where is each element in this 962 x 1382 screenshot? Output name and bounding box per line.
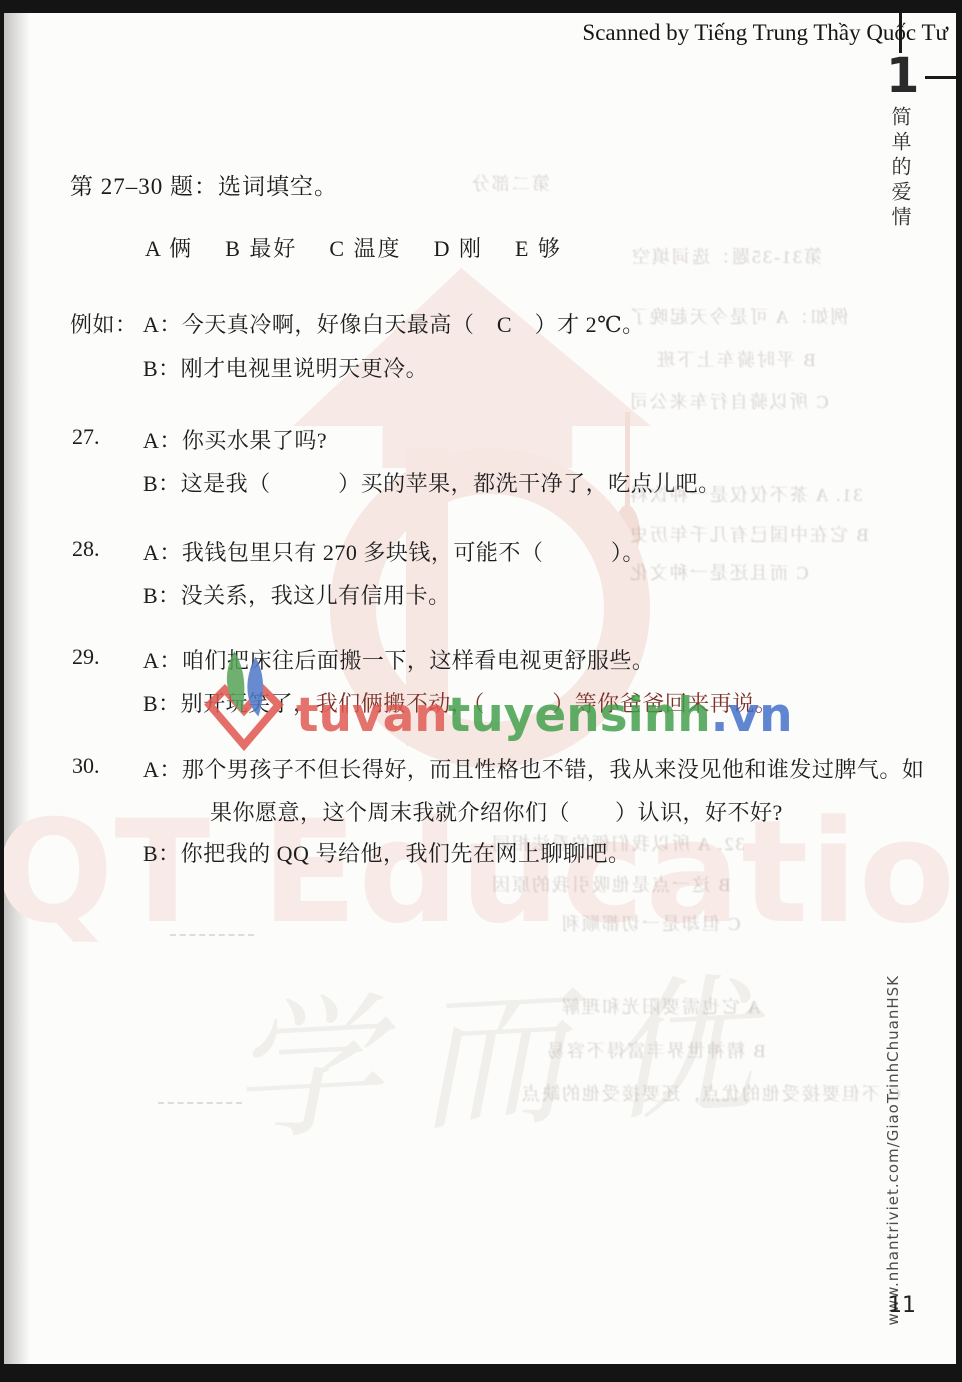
tuvantuyensinh-logo-icon <box>196 648 292 756</box>
question-28-number: 28. <box>72 536 100 562</box>
chapter-tick-line <box>899 13 902 53</box>
option-d: D 刚 <box>434 232 483 263</box>
question-27-line-a: A：你买水果了吗? <box>143 424 327 455</box>
bleedthrough-line: B 它在中国已有几千年历史 <box>628 521 869 547</box>
frame-top <box>0 0 962 13</box>
tvts-red-part: tuvan <box>296 688 448 743</box>
option-a: A 俩 <box>145 232 193 263</box>
bleedthrough-line: 例如：A 可是今天起晚了 <box>628 303 849 329</box>
scanned-page: QT Education 学而优 第二部分 第31-35题：选词填空 例如：A … <box>0 0 962 1382</box>
page-number: 11 <box>888 1293 916 1318</box>
faint-dash-marks <box>158 1102 242 1104</box>
bleedthrough-line: A 它也需要阳光和理解 <box>560 993 761 1019</box>
bleedthrough-line: 第31-35题：选词填空 <box>630 243 822 269</box>
bleedthrough-line: C 而且还是一种文化 <box>628 559 809 585</box>
bleedthrough-line: 第二部分 <box>470 170 550 196</box>
example-label: 例如： <box>70 308 138 339</box>
word-options-row: A 俩 B 最好 C 温度 D 刚 E 够 <box>145 232 562 263</box>
frame-right <box>956 0 962 1382</box>
option-c: C 温度 <box>329 232 401 263</box>
bleedthrough-line: C 不但要接受他的优点，还要接受他的缺点 <box>520 1080 901 1106</box>
question-28-line-b: B：没关系，我这儿有信用卡。 <box>143 579 451 610</box>
question-29-number: 29. <box>72 644 100 670</box>
bleedthrough-line: B 精神世界丰富得不容易 <box>545 1037 766 1063</box>
option-e: E 够 <box>515 232 562 263</box>
frame-left <box>0 0 4 1382</box>
scanned-by-credit: Scanned by Tiếng Trung Thầy Quốc Tư <box>582 20 948 46</box>
question-27-line-b: B：这是我（ ）买的苹果，都洗干净了，吃点儿吧。 <box>143 467 721 498</box>
bleedthrough-line: C 所以骑自行车来公司 <box>628 388 829 414</box>
example-line-a: A：今天真冷啊，好像白天最高（ C ）才 2℃。 <box>143 308 645 339</box>
scan-gutter-shadow <box>4 13 30 1364</box>
example-line-b: B：刚才电视里说明天更冷。 <box>143 352 428 383</box>
bleedthrough-line: B 平时骑车上下班 <box>655 346 816 372</box>
publisher-url-vertical: www.nhantriviet.com/GiaoTrinhChuanHSK <box>884 975 902 1325</box>
question-30-line-a1: A：那个男孩子不但长得好，而且性格也不错，我从来没见他和谁发过脾气。如 <box>143 753 924 784</box>
question-27-number: 27. <box>72 424 100 450</box>
exercise-title: 第 27–30 题：选词填空。 <box>70 168 338 201</box>
bleedthrough-line: B 这一点是他吸引我的原因 <box>490 871 731 897</box>
bleedthrough-line: C 但却是一切都顺利 <box>560 910 741 936</box>
option-b: B 最好 <box>225 232 297 263</box>
question-30-line-a2: 果你愿意，这个周末我就介绍你们（ ）认识，好不好? <box>210 796 783 827</box>
chapter-number: 1 <box>886 48 919 104</box>
frame-bottom <box>0 1364 962 1382</box>
question-30-number: 30. <box>72 753 100 779</box>
tvts-green-part: tuyensinh <box>448 688 711 743</box>
chapter-title-vertical: 简单的爱情 <box>885 106 914 231</box>
tuvantuyensinh-watermark-text: tuvantuyensinh.vn <box>296 688 793 743</box>
question-30-line-b: B：你把我的 QQ 号给他，我们先在网上聊聊吧。 <box>143 837 630 868</box>
question-28-line-a: A：我钱包里只有 270 多块钱，可能不（ ）。 <box>143 536 645 567</box>
tvts-blue-part: .vn <box>711 688 793 743</box>
faint-dash-marks <box>170 934 254 936</box>
